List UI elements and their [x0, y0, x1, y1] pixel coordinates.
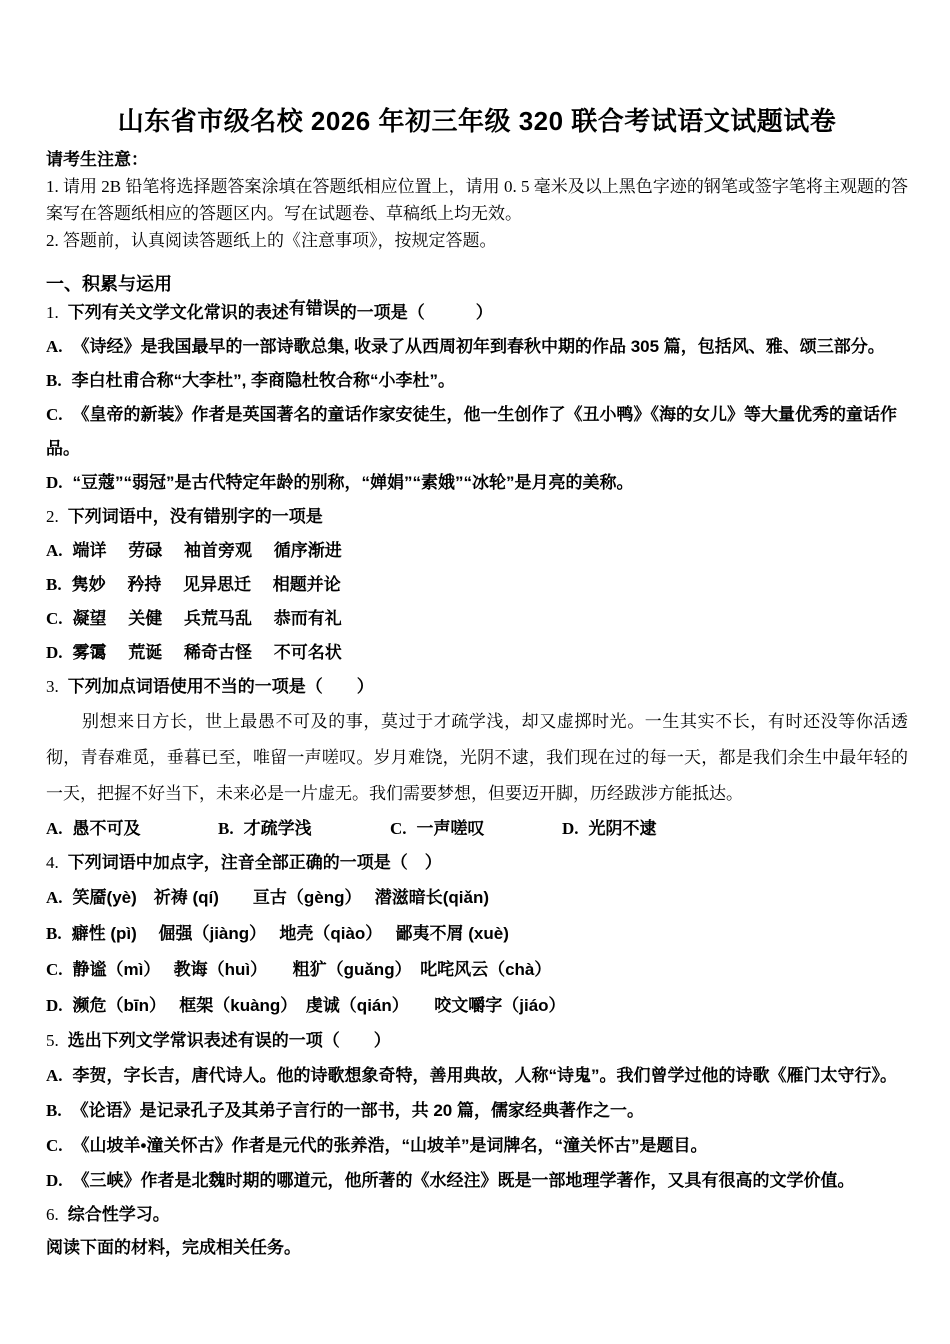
option-cell: B.才疏学浅	[218, 812, 390, 846]
option-label: A.	[46, 541, 63, 560]
option-label: A.	[46, 337, 63, 356]
option-label: B.	[46, 371, 62, 390]
option-text: 静谧（mì） 教诲（huì） 粗犷（guǎng） 叱咤风云（chà）	[73, 960, 552, 979]
exam-title: 山东省市级名校 2026 年初三年级 320 联合考试语文试题试卷	[46, 104, 908, 138]
option-row: A.笑靥(yè) 祈祷 (qí) 亘古（gèng） 潜滋暗长(qiǎn)	[46, 880, 908, 916]
option-label: C.	[390, 819, 407, 838]
option-row: B.李白杜甫合称“大李杜”, 李商隐杜牧合称“小李杜”。	[46, 364, 908, 398]
option-label: B.	[218, 819, 234, 838]
option-label: B.	[46, 575, 62, 594]
option-label: C.	[46, 405, 63, 424]
page-content: 山东省市级名校 2026 年初三年级 320 联合考试语文试题试卷 请考生注意：…	[0, 0, 950, 1264]
question-passage: 别想来日方长，世上最愚不可及的事，莫过于才疏学浅，却又虚掷时光。一生其实不长，有…	[46, 704, 908, 812]
option-label: D.	[46, 473, 63, 492]
option-label: D.	[46, 1171, 63, 1190]
stem-text: 下列加点词语使用不当的一项是（ ）	[68, 677, 374, 696]
option-row: B.《论语》是记录孔子及其弟子言行的一部书，共 20 篇，儒家经典著作之一。	[46, 1093, 908, 1128]
question-6: 6.综合性学习。 阅读下面的材料，完成相关任务。	[46, 1198, 908, 1264]
stem-text: 选出下列文学常识表述有误的一项（ ）	[68, 1031, 391, 1050]
stem-emphasis: 有错误	[289, 299, 340, 318]
option-text: 才疏学浅	[244, 819, 312, 838]
option-label: C.	[46, 960, 63, 979]
option-text: 《山坡羊•潼关怀古》作者是元代的张养浩，“山坡羊”是词牌名，“潼关怀古”是题目。	[73, 1136, 708, 1155]
question-number: 6.	[46, 1205, 59, 1224]
option-label: D.	[562, 819, 579, 838]
question-stem: 6.综合性学习。	[46, 1198, 908, 1232]
option-text: 隽妙 矜持 见异思迁 相题并论	[72, 575, 341, 594]
notice-item-1: 1. 请用 2B 铅笔将选择题答案涂填在答题纸相应位置上，请用 0. 5 毫米及…	[46, 173, 908, 227]
stem-text-pre: 下列有关文学文化常识的表述	[68, 303, 289, 322]
option-text: 癖性 (pì) 倔强（jiàng） 地壳（qiào） 鄙夷不屑 (xuè)	[72, 924, 509, 943]
option-text: 《论语》是记录孔子及其弟子言行的一部书，共 20 篇，儒家经典著作之一。	[72, 1101, 644, 1120]
question-number: 4.	[46, 853, 59, 872]
option-cell: C.一声嗟叹	[390, 812, 562, 846]
question-4: 4.下列词语中加点字，注音全部正确的一项是（ ） A.笑靥(yè) 祈祷 (qí…	[46, 846, 908, 1024]
option-row: D.雾霭 荒诞 稀奇古怪 不可名状	[46, 636, 908, 670]
question-1: 1.下列有关文学文化常识的表述有错误的一项是（ ） A.《诗经》是我国最早的一部…	[46, 296, 908, 500]
section-heading: 一、积累与运用	[46, 272, 908, 296]
question-number: 1.	[46, 303, 59, 322]
question-stem: 2.下列词语中，没有错别字的一项是	[46, 500, 908, 534]
option-cell: D.光阴不逮	[562, 812, 657, 846]
option-label: D.	[46, 996, 63, 1015]
stem-text: 综合性学习。	[68, 1205, 170, 1224]
option-row: B.隽妙 矜持 见异思迁 相题并论	[46, 568, 908, 602]
option-text: 《皇帝的新装》作者是英国著名的童话作家安徒生，他一生创作了《丑小鸭》《海的女儿》…	[46, 405, 897, 458]
question-stem: 1.下列有关文学文化常识的表述有错误的一项是（ ）	[46, 296, 908, 330]
question-stem: 3.下列加点词语使用不当的一项是（ ）	[46, 670, 908, 704]
option-label: B.	[46, 924, 62, 943]
option-row: C.《皇帝的新装》作者是英国著名的童话作家安徒生，他一生创作了《丑小鸭》《海的女…	[46, 398, 908, 466]
option-row: B.癖性 (pì) 倔强（jiàng） 地壳（qiào） 鄙夷不屑 (xuè)	[46, 916, 908, 952]
option-row-inline: A.愚不可及 B.才疏学浅 C.一声嗟叹 D.光阴不逮	[46, 812, 908, 846]
stem-text-post: 的一项是（ ）	[340, 303, 493, 322]
option-text: 李白杜甫合称“大李杜”, 李商隐杜牧合称“小李杜”。	[72, 371, 455, 390]
option-row: C.静谧（mì） 教诲（huì） 粗犷（guǎng） 叱咤风云（chà）	[46, 952, 908, 988]
option-text: 一声嗟叹	[417, 819, 485, 838]
option-label: D.	[46, 643, 63, 662]
option-row: A.《诗经》是我国最早的一部诗歌总集, 收录了从西周初年到春秋中期的作品 305…	[46, 330, 908, 364]
option-cell: A.愚不可及	[46, 812, 218, 846]
option-text: 《诗经》是我国最早的一部诗歌总集, 收录了从西周初年到春秋中期的作品 305 篇…	[73, 337, 885, 356]
stem-text: 下列词语中，没有错别字的一项是	[68, 507, 323, 526]
option-row: D.“豆蔻”“弱冠”是古代特定年龄的别称，“婵娟”“素娥”“冰轮”是月亮的美称。	[46, 466, 908, 500]
option-text: 端详 劳碌 袖首旁观 循序渐进	[73, 541, 342, 560]
notice-item-2: 2. 答题前，认真阅读答题纸上的《注意事项》，按规定答题。	[46, 227, 908, 254]
question-subtext: 阅读下面的材料，完成相关任务。	[46, 1232, 908, 1264]
question-2: 2.下列词语中，没有错别字的一项是 A.端详 劳碌 袖首旁观 循序渐进 B.隽妙…	[46, 500, 908, 670]
option-text: “豆蔻”“弱冠”是古代特定年龄的别称，“婵娟”“素娥”“冰轮”是月亮的美称。	[73, 473, 634, 492]
question-number: 3.	[46, 677, 59, 696]
option-row: A.端详 劳碌 袖首旁观 循序渐进	[46, 534, 908, 568]
option-row: C.凝望 关健 兵荒马乱 恭而有礼	[46, 602, 908, 636]
option-text: 愚不可及	[73, 819, 141, 838]
option-row: A.李贺，字长吉，唐代诗人。他的诗歌想象奇特，善用典故，人称“诗鬼”。我们曾学过…	[46, 1058, 908, 1093]
option-text: 笑靥(yè) 祈祷 (qí) 亘古（gèng） 潜滋暗长(qiǎn)	[73, 888, 489, 907]
option-label: A.	[46, 888, 63, 907]
option-text: 濒危（bīn） 框架（kuàng） 虔诚（qián） 咬文嚼字（jiáo）	[73, 996, 566, 1015]
option-label: B.	[46, 1101, 62, 1120]
question-5: 5.选出下列文学常识表述有误的一项（ ） A.李贺，字长吉，唐代诗人。他的诗歌想…	[46, 1024, 908, 1198]
option-label: A.	[46, 819, 63, 838]
option-row: D.濒危（bīn） 框架（kuàng） 虔诚（qián） 咬文嚼字（jiáo）	[46, 988, 908, 1024]
option-text: 李贺，字长吉，唐代诗人。他的诗歌想象奇特，善用典故，人称“诗鬼”。我们曾学过他的…	[73, 1066, 898, 1085]
option-row: C.《山坡羊•潼关怀古》作者是元代的张养浩，“山坡羊”是词牌名，“潼关怀古”是题…	[46, 1128, 908, 1163]
question-number: 5.	[46, 1031, 59, 1050]
notice-header: 请考生注意：	[46, 146, 908, 173]
option-text: 《三峡》作者是北魏时期的哪道元，他所著的《水经注》既是一部地理学著作，又具有很高…	[73, 1171, 855, 1190]
question-number: 2.	[46, 507, 59, 526]
option-text: 雾霭 荒诞 稀奇古怪 不可名状	[73, 643, 342, 662]
option-text: 光阴不逮	[589, 819, 657, 838]
option-text: 凝望 关健 兵荒马乱 恭而有礼	[73, 609, 342, 628]
exam-paper-page: 山东省市级名校 2026 年初三年级 320 联合考试语文试题试卷 请考生注意：…	[0, 0, 950, 1344]
option-label: C.	[46, 609, 63, 628]
option-row: D.《三峡》作者是北魏时期的哪道元，他所著的《水经注》既是一部地理学著作，又具有…	[46, 1163, 908, 1198]
option-label: A.	[46, 1066, 63, 1085]
question-stem: 5.选出下列文学常识表述有误的一项（ ）	[46, 1024, 908, 1058]
stem-text: 下列词语中加点字，注音全部正确的一项是（ ）	[68, 853, 442, 872]
option-label: C.	[46, 1136, 63, 1155]
question-3: 3.下列加点词语使用不当的一项是（ ） 别想来日方长，世上最愚不可及的事，莫过于…	[46, 670, 908, 846]
question-stem: 4.下列词语中加点字，注音全部正确的一项是（ ）	[46, 846, 908, 880]
